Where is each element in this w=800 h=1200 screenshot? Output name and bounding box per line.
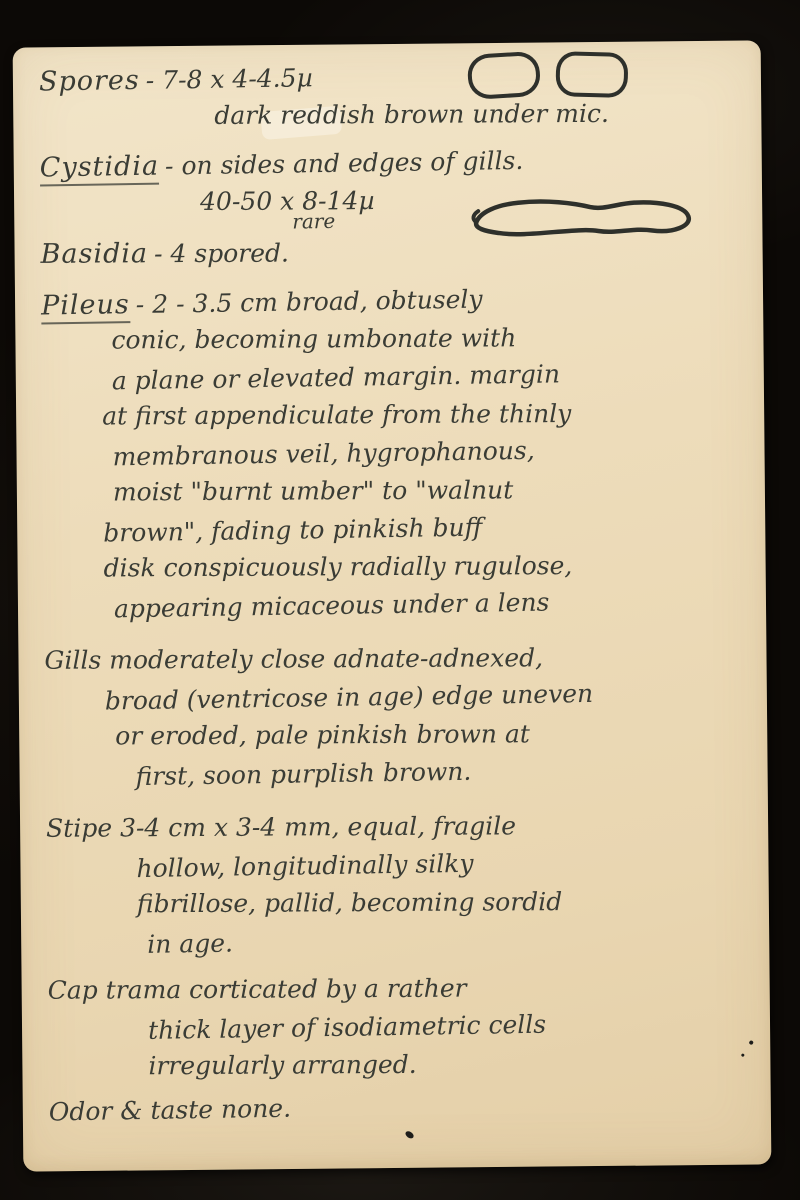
dash: - xyxy=(148,239,171,268)
odor-taste-line: Odor & taste none. xyxy=(49,1082,754,1131)
cystidium-outline-icon xyxy=(466,193,699,251)
dash: - xyxy=(139,66,162,95)
spore-outline-icon xyxy=(467,51,542,100)
spore-drawings xyxy=(468,52,628,99)
stipe-line-4: in age. xyxy=(47,916,752,965)
pileus-heading: Pileus xyxy=(41,289,130,324)
pileus-line-9: appearing micaceous under a lens xyxy=(44,580,749,629)
basidia-text: 4 spored. xyxy=(170,239,289,269)
spores-color-note: dark reddish brown under mic. xyxy=(39,94,743,136)
note-card: Spores-7-8 x 4-4.5µ dark reddish brown u… xyxy=(13,40,772,1171)
spores-dimensions: 7-8 x 4-4.5µ xyxy=(162,63,313,94)
pileus-text: 2 - 3.5 cm broad, obtusely xyxy=(152,285,483,319)
spores-note-text: dark reddish brown under mic. xyxy=(214,99,609,130)
dash: - xyxy=(130,290,153,319)
gills-line-4: first, soon purplish brown. xyxy=(45,748,750,797)
rare-text: rare xyxy=(292,209,335,234)
spores-heading: Spores xyxy=(39,65,140,98)
cystidia-heading: Cystidia xyxy=(40,151,160,187)
ink-dot xyxy=(404,1130,415,1140)
basidia-heading: Basidia xyxy=(41,238,149,270)
spore-outline-icon xyxy=(555,51,628,98)
cap-trama-line-3: irregularly arranged. xyxy=(48,1044,752,1086)
dash: - xyxy=(159,151,182,180)
cystidia-location-text: on sides and edges of gills. xyxy=(181,146,523,180)
